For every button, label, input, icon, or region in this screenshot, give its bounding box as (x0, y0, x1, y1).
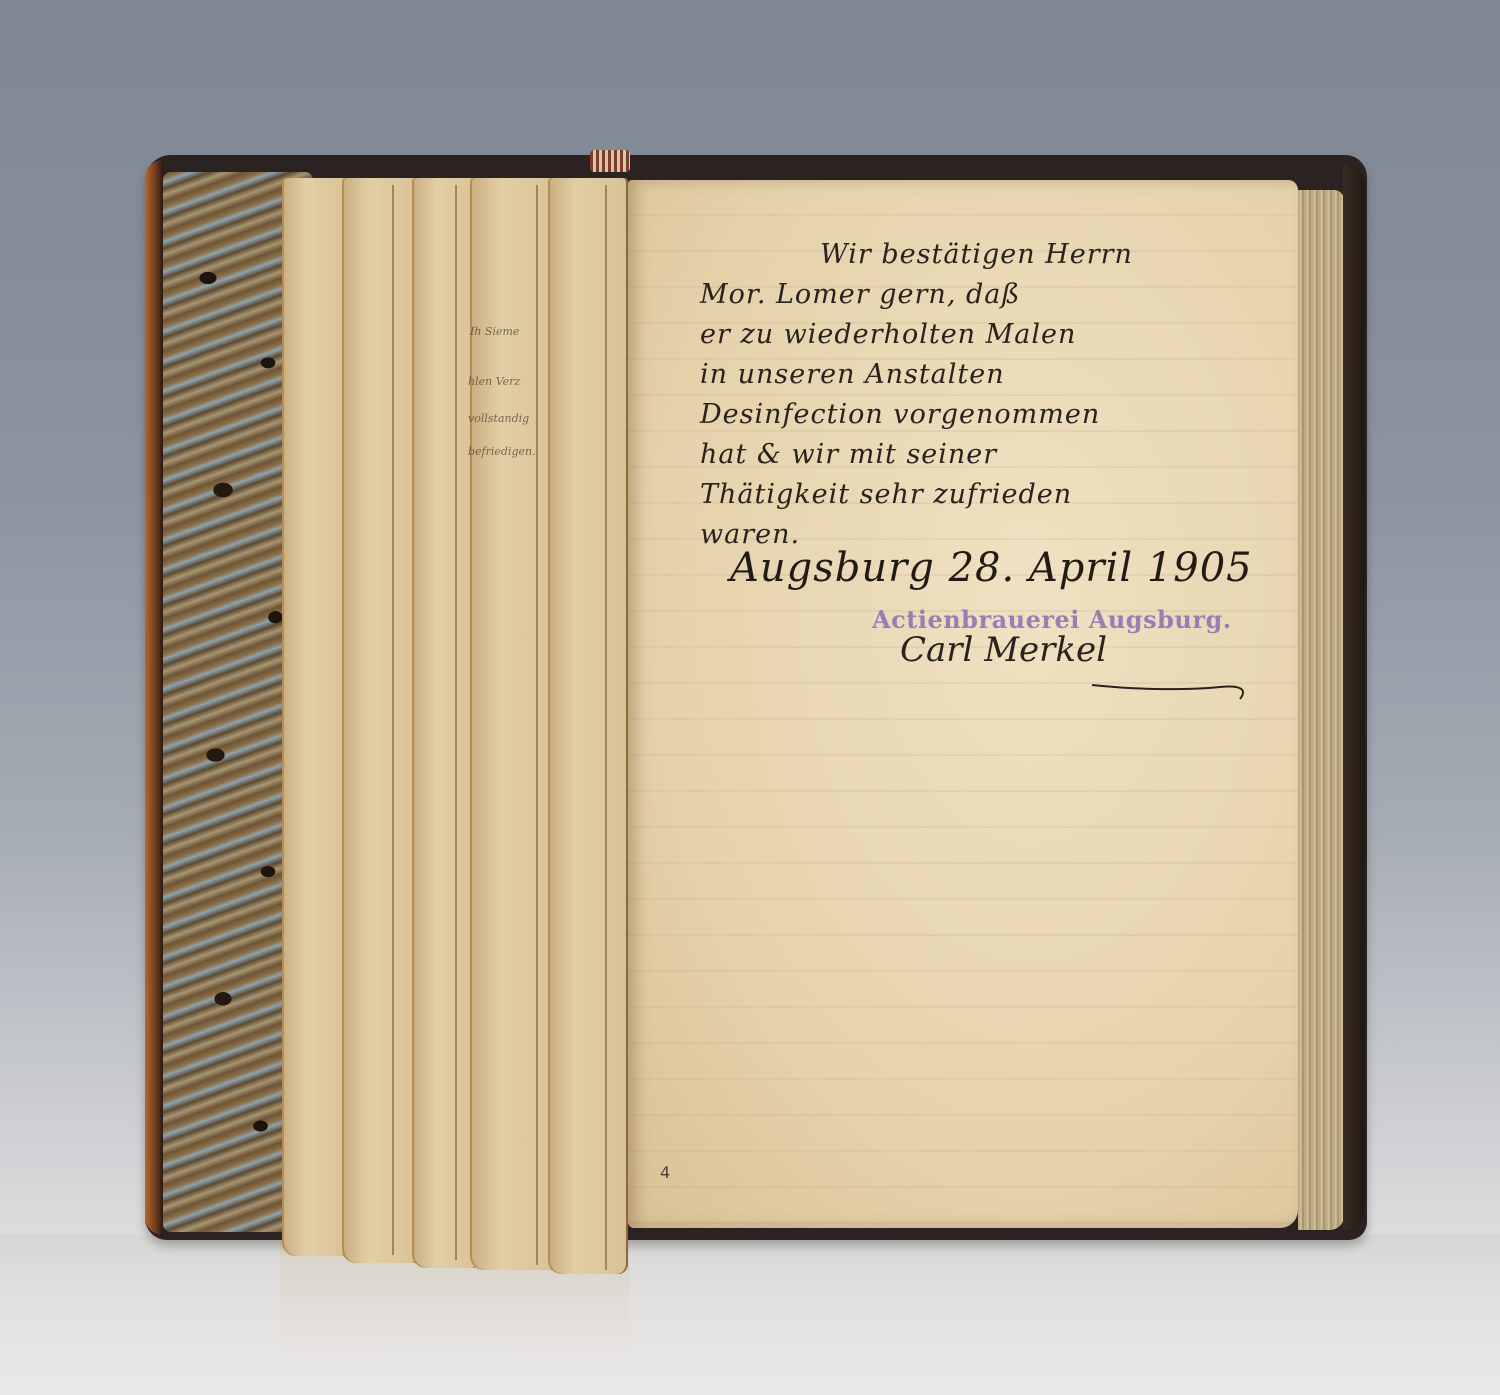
fanned-page (548, 178, 628, 1274)
margin-fragment: befriedigen. (468, 445, 536, 458)
page-edge-line (455, 185, 457, 1260)
cover-right-edge (1343, 165, 1365, 1230)
page-number: 4 (660, 1163, 670, 1182)
letter-line: Wir bestätigen Herrn (700, 235, 1260, 275)
letter-line: er zu wiederholten Malen (700, 315, 1260, 355)
margin-fragment: hlen Verz (468, 375, 520, 388)
table-surface (0, 1235, 1500, 1395)
fanned-page (470, 178, 560, 1270)
letter-line: Desinfection vorgenommen (700, 395, 1260, 435)
page-edge-line (392, 185, 394, 1255)
book-headband (590, 150, 630, 172)
handwritten-letter: Wir bestätigen Herrn Mor. Lomer gern, da… (700, 235, 1260, 555)
signature-flourish (1090, 675, 1250, 703)
margin-fragment: Ih Sieme (470, 325, 519, 338)
letter-line: Mor. Lomer gern, daß (700, 275, 1260, 315)
page-edge-line (536, 185, 538, 1265)
letter-line: in unseren Anstalten (700, 355, 1260, 395)
place-date-line: Augsburg 28. April 1905 (730, 545, 1253, 591)
letter-line: hat & wir mit seiner (700, 435, 1260, 475)
fanned-page (342, 178, 422, 1263)
page-edge-line (605, 185, 607, 1270)
margin-fragment: vollstandig (468, 412, 529, 425)
gilt-page-edges (1298, 190, 1344, 1230)
cover-left-edge (145, 160, 163, 1235)
signature: Carl Merkel (900, 630, 1107, 670)
letter-line: Thätigkeit sehr zufrieden (700, 475, 1260, 515)
